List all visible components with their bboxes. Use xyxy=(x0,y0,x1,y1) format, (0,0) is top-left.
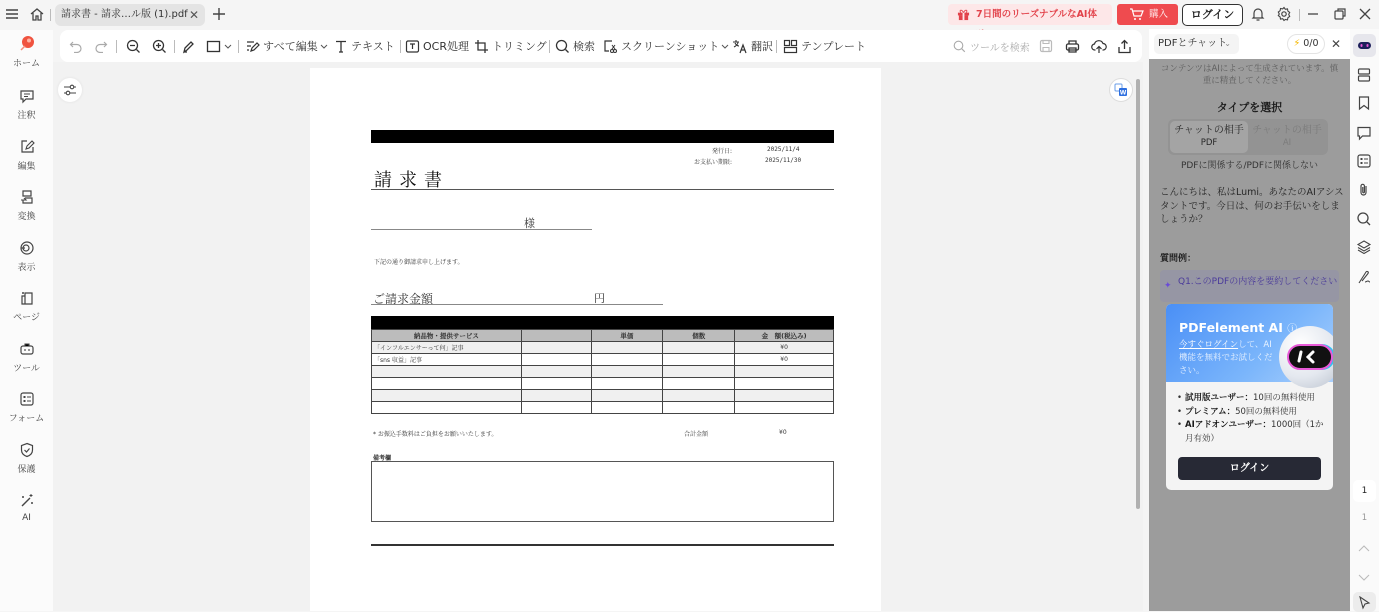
table-cell xyxy=(663,390,735,402)
document-tab[interactable]: 請求書 - 請求…ル版 (1).pdf ✕ xyxy=(55,4,205,26)
ai-credits-badge[interactable]: ⚡ 0/0 xyxy=(1287,34,1325,54)
buy-label: 購入 xyxy=(1149,9,1168,20)
due-date-label: お支払い期限: xyxy=(652,157,732,166)
home-icon[interactable] xyxy=(29,6,47,24)
signature-icon[interactable] xyxy=(1356,269,1372,285)
table-row: 「インフルエンサーって何」記事¥0 xyxy=(372,342,834,354)
search-icon xyxy=(555,39,570,54)
comment-icon xyxy=(19,88,35,104)
table-cell xyxy=(663,342,735,354)
ai-assistant-button[interactable] xyxy=(1353,34,1376,57)
due-date: 2025/11/30 xyxy=(765,157,801,164)
chevron-down-icon xyxy=(320,42,328,50)
table-row: 「sns 収益」記事¥0 xyxy=(372,354,834,366)
toolbox-icon xyxy=(19,341,35,357)
search-button[interactable]: 検索 xyxy=(555,30,595,62)
close-window-icon[interactable] xyxy=(1357,6,1375,24)
ai-greeting: こんにちは、私はLumi。あなたのAIアシスタントです。今日は、何のお手伝いをし… xyxy=(1160,186,1345,227)
table-cell xyxy=(521,342,591,354)
table-cell: 「インフルエンサーって何」記事 xyxy=(372,342,522,354)
divider xyxy=(116,40,117,53)
close-tab-icon[interactable]: ✕ xyxy=(189,4,199,26)
undo-button[interactable] xyxy=(69,30,86,62)
tab-title: 請求書 - 請求…ル版 (1).pdf xyxy=(61,9,188,20)
edit-icon xyxy=(19,139,35,155)
ocr-icon xyxy=(405,39,420,54)
cart-icon xyxy=(1129,7,1144,21)
select-tool-button[interactable] xyxy=(1353,592,1376,611)
ai-card-banner: PDFelement AI ⓘ 今すぐログインして、AI機能を無料でお試しくださ… xyxy=(1166,304,1333,382)
nav-item-page[interactable]: ページ xyxy=(0,290,53,338)
invoice-table: 納品物・提供サービス単価個数金 額(税込み) 「インフルエンサーって何」記事¥0… xyxy=(371,329,834,414)
table-header-cell: 金 額(税込み) xyxy=(735,330,834,342)
form-icon xyxy=(19,391,35,407)
intro-text: 下記の通り御請求申し上げます。 xyxy=(374,257,464,266)
ocr-button[interactable]: OCR処理 xyxy=(405,30,469,62)
zoom-in-button[interactable] xyxy=(152,30,170,62)
table-cell xyxy=(735,366,834,378)
footer-line xyxy=(371,544,834,546)
type-select-title: タイプを選択 xyxy=(1149,99,1350,115)
screenshot-icon xyxy=(603,39,618,54)
total-value: ¥0 xyxy=(779,429,787,436)
print-button[interactable] xyxy=(1065,30,1083,62)
login-now-link[interactable]: 今すぐログイン xyxy=(1179,340,1238,350)
divider xyxy=(776,40,777,53)
highlight-button[interactable] xyxy=(181,30,199,62)
plan-item: プレミアム：50回の無料使用 xyxy=(1177,406,1329,420)
table-cell xyxy=(663,354,735,366)
table-header-cell xyxy=(521,330,591,342)
table-cell xyxy=(591,354,663,366)
buy-button[interactable]: 購入 xyxy=(1117,4,1178,25)
svg-text:W: W xyxy=(1120,90,1127,97)
nav-item-tools[interactable]: ツール xyxy=(0,341,53,389)
ai-card-title: PDFelement AI ⓘ xyxy=(1179,320,1297,335)
chevron-down-icon xyxy=(224,42,232,50)
divider xyxy=(238,40,239,53)
table-cell xyxy=(521,378,591,390)
print-icon xyxy=(1065,39,1080,54)
template-button[interactable]: テンプレート xyxy=(783,30,866,62)
nav-item-convert[interactable]: 変換 xyxy=(0,189,53,237)
ai-chat-panel: PDFとチャット ⌄ ⚡ 0/0 ✕ コンテンツはAIによって生成されています。… xyxy=(1149,29,1350,611)
divider xyxy=(1299,9,1300,21)
lightning-icon: ⚡ xyxy=(1294,38,1301,49)
plan-item: AIアドオンユーザー：1000回（1か月有効） xyxy=(1177,419,1329,446)
shape-dropdown[interactable] xyxy=(206,30,235,62)
layers-icon[interactable] xyxy=(1356,239,1372,255)
ai-plan-list: 試用版ユーザー：10回の無料使用 プレミアム：50回の無料使用 AIアドオンユー… xyxy=(1177,392,1329,446)
table-top-bar xyxy=(371,316,834,329)
share-icon xyxy=(1117,39,1132,54)
gift-icon xyxy=(957,8,970,21)
pdf-page: 発行日: 2025/11/4 お支払い期限: 2025/11/30 請求書 様 … xyxy=(310,68,881,611)
table-row xyxy=(372,402,834,414)
chevron-down-icon xyxy=(721,42,729,50)
table-row xyxy=(372,378,834,390)
chat-type-selector: チャットの相手 PDF チャットの相手 AI xyxy=(1168,119,1328,155)
ai-panel-header: PDFとチャット ⌄ ⚡ 0/0 ✕ xyxy=(1149,29,1350,59)
translate-icon xyxy=(732,39,748,54)
attachment-icon[interactable] xyxy=(1356,182,1372,198)
table-cell xyxy=(735,378,834,390)
ai-login-button[interactable]: ログイン xyxy=(1178,457,1321,480)
text-icon xyxy=(334,39,348,53)
table-cell: ¥0 xyxy=(735,342,834,354)
close-panel-icon[interactable]: ✕ xyxy=(1331,37,1341,51)
chevron-down-icon[interactable] xyxy=(1356,569,1372,585)
chat-mode-dropdown[interactable]: PDFとチャット ⌄ xyxy=(1154,34,1239,54)
upload-cloud-button[interactable] xyxy=(1091,30,1110,62)
table-cell xyxy=(591,342,663,354)
template-icon xyxy=(783,39,798,54)
edit-all-icon xyxy=(245,39,260,54)
nav-item-edit[interactable]: 編集 xyxy=(0,139,53,187)
table-cell xyxy=(663,366,735,378)
ai-promo-card: PDFelement AI ⓘ 今すぐログインして、AI機能を無料でお試しくださ… xyxy=(1166,304,1333,490)
cursor-icon xyxy=(1358,596,1372,610)
table-cell xyxy=(591,402,663,414)
table-cell xyxy=(372,366,522,378)
tool-search-input[interactable]: ツールを検索 xyxy=(953,30,1030,62)
example-question[interactable]: ✦ Q1.このPDFの内容を要約してください xyxy=(1160,270,1339,302)
text-button[interactable]: テキスト xyxy=(334,30,395,62)
ai-robot-icon xyxy=(1353,34,1376,57)
page-icon xyxy=(19,290,35,306)
table-cell xyxy=(663,378,735,390)
table-cell xyxy=(591,378,663,390)
zoom-in-icon xyxy=(152,39,167,54)
table-cell xyxy=(735,402,834,414)
current-page-indicator[interactable]: 1 xyxy=(1353,480,1376,502)
comments-icon[interactable] xyxy=(1356,125,1372,141)
restore-icon[interactable] xyxy=(1332,6,1350,24)
table-cell xyxy=(591,390,663,402)
menu-icon[interactable] xyxy=(4,6,22,24)
left-nav: ホーム 注釈 編集 変換 表示 ページ ツール フォーム 保護 AI xyxy=(0,30,53,611)
recipient-line xyxy=(371,229,592,230)
right-rail: 1 1 xyxy=(1350,29,1379,611)
login-button[interactable]: ログイン xyxy=(1182,4,1243,26)
table-cell xyxy=(521,366,591,378)
table-cell xyxy=(372,390,522,402)
settings-gear-icon[interactable] xyxy=(1276,6,1294,24)
header-bar xyxy=(371,130,834,143)
sparkle-icon: ✦ xyxy=(1164,281,1172,291)
table-cell xyxy=(521,390,591,402)
nav-item-protect[interactable]: 保護 xyxy=(0,442,53,490)
table-cell xyxy=(521,354,591,366)
promo-banner[interactable]: 7日間のリーズナブルなAI体験！ xyxy=(948,4,1112,25)
shield-icon xyxy=(19,442,35,458)
convert-icon xyxy=(19,189,35,205)
table-cell: ¥0 xyxy=(735,354,834,366)
claim-line xyxy=(371,304,663,305)
crop-button[interactable]: トリミング xyxy=(474,30,547,62)
view-icon xyxy=(19,240,35,256)
redo-icon xyxy=(94,39,108,53)
zoom-out-icon xyxy=(126,39,141,54)
table-row xyxy=(372,390,834,402)
zoom-out-button[interactable] xyxy=(126,30,144,62)
table-header-cell: 納品物・提供サービス xyxy=(372,330,522,342)
divider xyxy=(174,40,175,53)
plan-item: 試用版ユーザー：10回の無料使用 xyxy=(1177,392,1329,406)
main-toolbar: すべて編集 テキスト OCR処理 トリミング 検索 スクリーンショット 翻訳 テ… xyxy=(60,30,1142,62)
title-underline xyxy=(371,189,834,190)
new-tab-icon[interactable] xyxy=(211,6,229,24)
robot-mascot-icon xyxy=(1279,326,1333,388)
divider xyxy=(400,40,401,53)
vertical-scrollbar[interactable] xyxy=(1136,79,1140,509)
sliders-icon xyxy=(63,83,77,97)
nav-item-comment[interactable]: 注釈 xyxy=(0,88,53,136)
minimize-icon[interactable] xyxy=(1305,6,1323,24)
word-convert-icon: W xyxy=(1110,79,1132,101)
thumbnails-icon[interactable] xyxy=(1356,67,1372,83)
display-settings-button[interactable] xyxy=(58,78,82,102)
home-logo-icon xyxy=(18,34,36,52)
convert-to-word-button[interactable]: W xyxy=(1109,78,1133,102)
fee-note: * お振込手数料はご負担をお願いいたします。 xyxy=(373,429,497,438)
nav-item-home[interactable]: ホーム xyxy=(0,34,53,82)
remarks-box xyxy=(371,461,834,522)
search-icon xyxy=(953,40,966,53)
ai-disclaimer: コンテンツはAIによって生成されています。慎重に精査してください。 xyxy=(1157,63,1342,87)
bell-icon[interactable] xyxy=(1250,6,1268,24)
form-fields-icon[interactable] xyxy=(1356,153,1372,169)
magic-wand-icon xyxy=(19,493,35,509)
screenshot-dropdown[interactable]: スクリーンショット xyxy=(603,30,732,62)
title-bar: 請求書 - 請求…ル版 (1).pdf ✕ 7日間のリーズナブルなAI体験！ 購… xyxy=(0,0,1379,29)
pen-icon xyxy=(181,39,196,54)
nav-item-form[interactable]: フォーム xyxy=(0,391,53,439)
nav-item-view[interactable]: 表示 xyxy=(0,240,53,288)
total-label: 合計金額 xyxy=(684,429,708,438)
chat-with-pdf-option[interactable]: チャットの相手 PDF xyxy=(1170,121,1248,153)
table-cell xyxy=(735,390,834,402)
chevron-up-icon[interactable] xyxy=(1356,541,1372,557)
cloud-upload-icon xyxy=(1091,39,1107,54)
type-caption: PDFに関係する/PDFに関係しない xyxy=(1149,158,1350,171)
edit-all-button[interactable]: すべて編集 xyxy=(245,30,331,62)
issue-date-label: 発行日: xyxy=(652,146,732,155)
table-header-cell: 個数 xyxy=(663,330,735,342)
table-cell xyxy=(591,366,663,378)
chevron-down-icon: ⌄ xyxy=(1224,34,1231,54)
divider xyxy=(549,40,550,53)
table-header-cell: 単価 xyxy=(591,330,663,342)
table-cell xyxy=(521,402,591,414)
save-button[interactable] xyxy=(1039,30,1056,62)
table-row xyxy=(372,366,834,378)
undo-icon xyxy=(69,39,83,53)
chat-with-ai-option[interactable]: チャットの相手 AI xyxy=(1248,121,1326,153)
translate-button[interactable]: 翻訳 xyxy=(732,30,773,62)
table-cell: 「sns 収益」記事 xyxy=(372,354,522,366)
ai-card-description: 今すぐログインして、AI機能を無料でお試しください。 xyxy=(1179,339,1279,378)
save-icon xyxy=(1039,39,1053,53)
table-cell xyxy=(372,378,522,390)
total-pages: 1 xyxy=(1350,513,1379,523)
divider xyxy=(50,9,51,21)
crop-icon xyxy=(474,39,489,54)
share-button[interactable] xyxy=(1117,30,1135,62)
table-cell xyxy=(663,402,735,414)
table-cell xyxy=(372,402,522,414)
issue-date: 2025/11/4 xyxy=(767,146,800,153)
rectangle-icon xyxy=(206,39,221,54)
examples-label: 質問例： xyxy=(1160,251,1196,264)
search-icon[interactable] xyxy=(1356,211,1372,227)
nav-item-ai[interactable]: AI xyxy=(0,493,53,541)
redo-button[interactable] xyxy=(94,30,111,62)
bookmark-icon[interactable] xyxy=(1356,95,1372,111)
